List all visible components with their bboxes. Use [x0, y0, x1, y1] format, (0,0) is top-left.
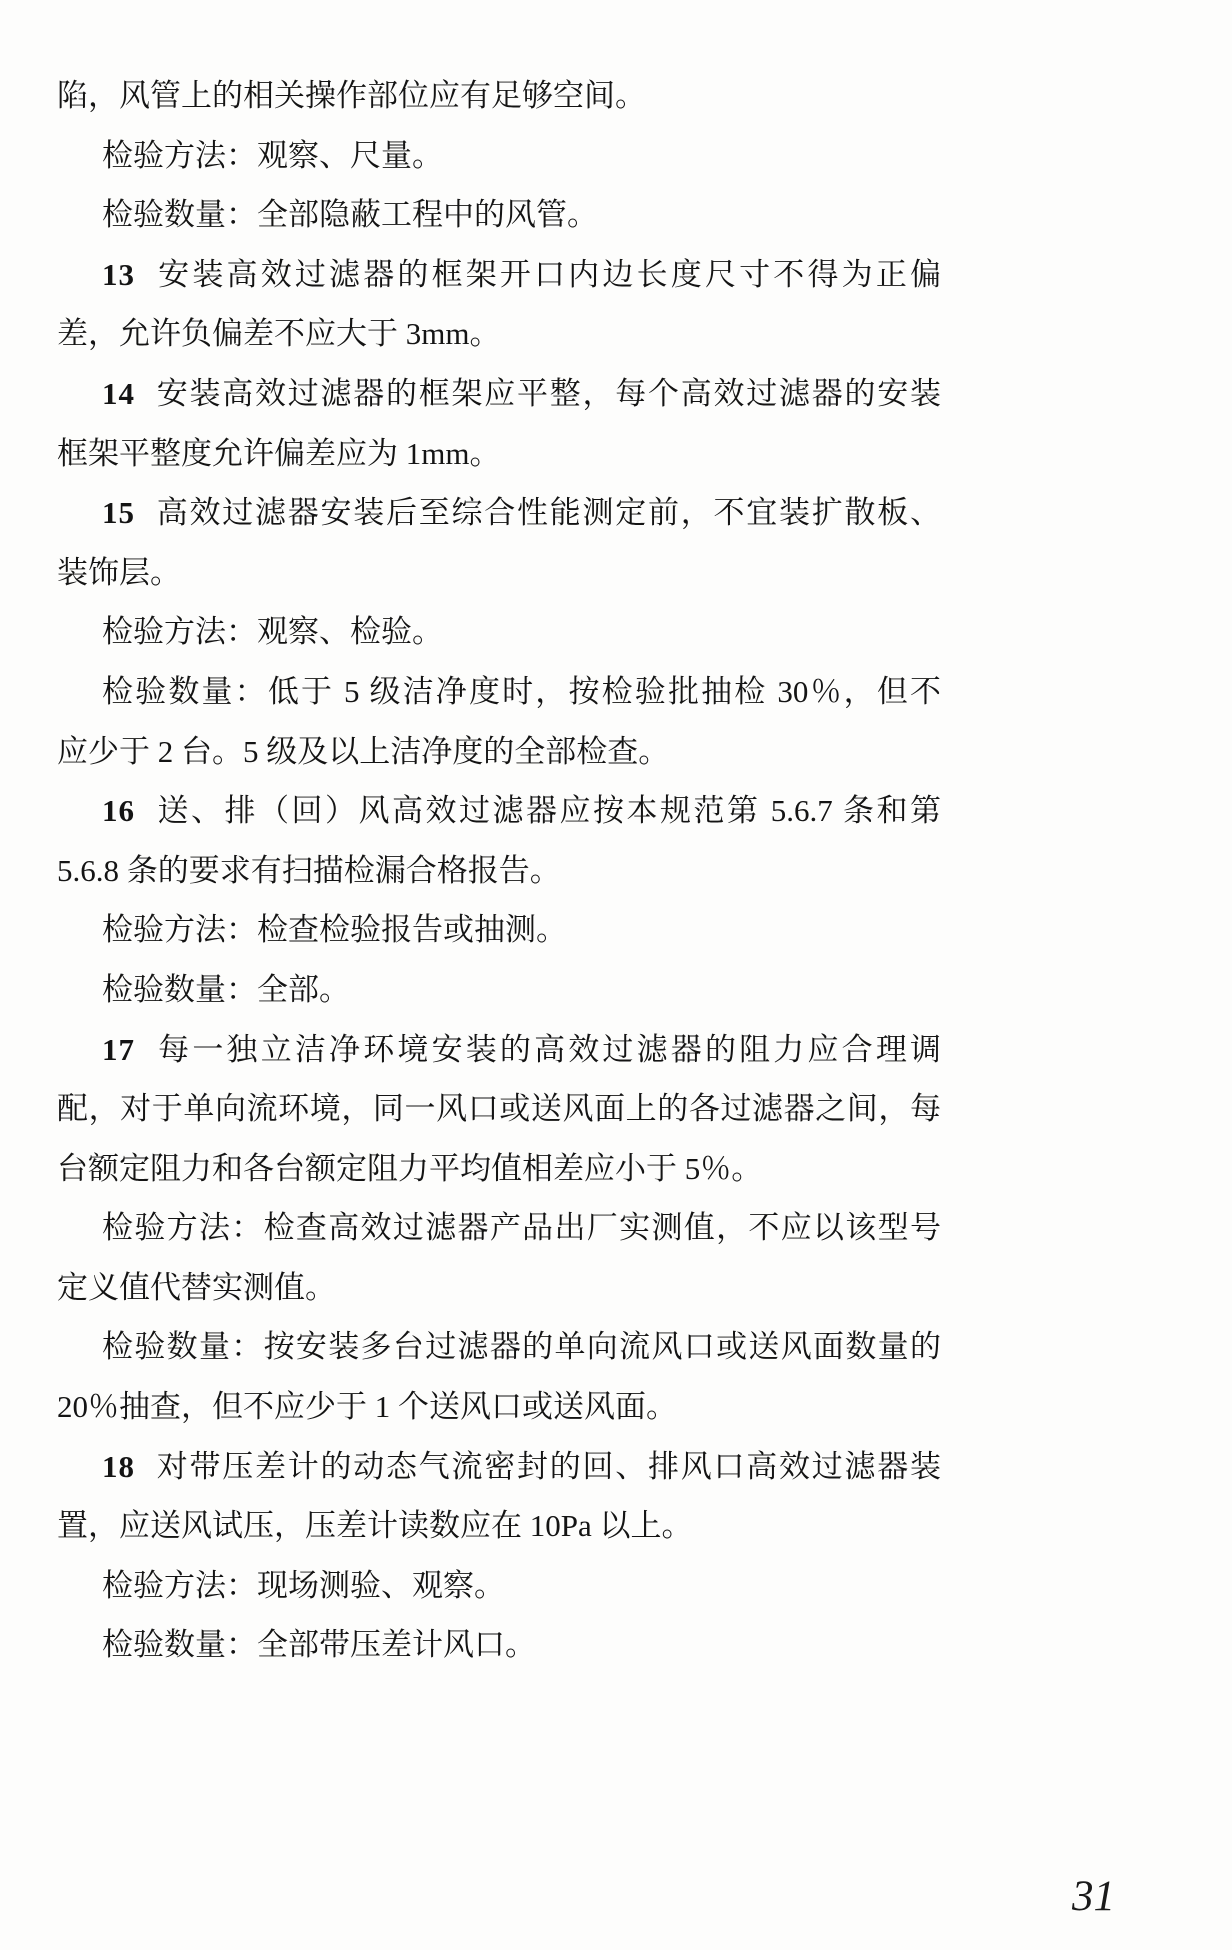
text-line: 检验数量：全部隐蔽工程中的风管。	[57, 185, 941, 245]
item-number: 16	[102, 793, 135, 828]
line-text: 差，允许负偏差不应大于 3mm。	[57, 316, 500, 351]
text-line: 框架平整度允许偏差应为 1mm。	[57, 424, 941, 484]
text-line: 17每一独立洁净环境安装的高效过滤器的阻力应合理调	[57, 1020, 941, 1080]
text-line: 检验方法：观察、检验。	[57, 602, 941, 662]
text-line: 陷，风管上的相关操作部位应有足够空间。	[57, 66, 941, 126]
line-text: 陷，风管上的相关操作部位应有足够空间。	[57, 78, 646, 113]
item-number: 18	[102, 1449, 135, 1484]
text-line: 14安装高效过滤器的框架应平整，每个高效过滤器的安装	[57, 364, 941, 424]
text-line: 检验方法：观察、尺量。	[57, 126, 941, 186]
text-line: 定义值代替实测值。	[57, 1258, 941, 1318]
line-text: 检验方法：现场测验、观察。	[102, 1568, 505, 1603]
line-text: 定义值代替实测值。	[57, 1270, 336, 1305]
line-text: 20％抽查，但不应少于 1 个送风口或送风面。	[57, 1389, 677, 1424]
item-number: 15	[102, 495, 135, 530]
text-line: 应少于 2 台。5 级及以上洁净度的全部检查。	[57, 722, 941, 782]
line-text: 检验数量：全部带压差计风口。	[102, 1627, 536, 1662]
line-text: 高效过滤器安装后至综合性能测定前，不宜装扩散板、	[155, 495, 941, 530]
line-text: 置，应送风试压，压差计读数应在 10Pa 以上。	[57, 1508, 693, 1543]
text-line: 配，对于单向流环境，同一风口或送风面上的各过滤器之间，每	[57, 1079, 941, 1139]
text-line: 装饰层。	[57, 543, 941, 603]
text-line: 检验数量：按安装多台过滤器的单向流风口或送风面数量的	[57, 1317, 941, 1377]
item-number: 13	[102, 257, 135, 292]
text-line: 16送、排（回）风高效过滤器应按本规范第 5.6.7 条和第	[57, 781, 941, 841]
text-line: 检验方法：检查检验报告或抽测。	[57, 900, 941, 960]
text-line: 5.6.8 条的要求有扫描检漏合格报告。	[57, 841, 941, 901]
line-text: 对带压差计的动态气流密封的回、排风口高效过滤器装	[155, 1449, 941, 1484]
line-text: 检验方法：检查高效过滤器产品出厂实测值，不应以该型号	[102, 1210, 941, 1245]
item-number: 17	[102, 1032, 135, 1067]
line-text: 5.6.8 条的要求有扫描检漏合格报告。	[57, 853, 561, 888]
line-text: 检验数量：全部隐蔽工程中的风管。	[102, 197, 598, 232]
line-text: 安装高效过滤器的框架开口内边长度尺寸不得为正偏	[155, 257, 941, 292]
page-number: 31	[1072, 1872, 1115, 1921]
line-text: 送、排（回）风高效过滤器应按本规范第 5.6.7 条和第	[155, 793, 941, 828]
line-text: 检验数量：全部。	[102, 972, 350, 1007]
text-line: 台额定阻力和各台额定阻力平均值相差应小于 5％。	[57, 1139, 941, 1199]
line-text: 安装高效过滤器的框架应平整，每个高效过滤器的安装	[155, 376, 941, 411]
text-line: 18对带压差计的动态气流密封的回、排风口高效过滤器装	[57, 1437, 941, 1497]
text-line: 差，允许负偏差不应大于 3mm。	[57, 304, 941, 364]
line-text: 检验方法：观察、尺量。	[102, 138, 443, 173]
line-text: 每一独立洁净环境安装的高效过滤器的阻力应合理调	[155, 1032, 941, 1067]
line-text: 检验数量：按安装多台过滤器的单向流风口或送风面数量的	[102, 1329, 941, 1364]
text-line: 置，应送风试压，压差计读数应在 10Pa 以上。	[57, 1496, 941, 1556]
line-text: 台额定阻力和各台额定阻力平均值相差应小于 5％。	[57, 1151, 762, 1186]
text-line: 检验方法：检查高效过滤器产品出厂实测值，不应以该型号	[57, 1198, 941, 1258]
text-line: 检验数量：全部。	[57, 960, 941, 1020]
line-text: 装饰层。	[57, 555, 181, 590]
line-text: 检验方法：观察、检验。	[102, 614, 443, 649]
text-line: 检验数量：低于 5 级洁净度时，按检验批抽检 30％，但不	[57, 662, 941, 722]
text-line: 检验数量：全部带压差计风口。	[57, 1615, 941, 1675]
text-line: 13安装高效过滤器的框架开口内边长度尺寸不得为正偏	[57, 245, 941, 305]
line-text: 检验数量：低于 5 级洁净度时，按检验批抽检 30％，但不	[102, 674, 941, 709]
line-text: 配，对于单向流环境，同一风口或送风面上的各过滤器之间，每	[57, 1091, 941, 1126]
line-text: 框架平整度允许偏差应为 1mm。	[57, 436, 500, 471]
item-number: 14	[102, 376, 135, 411]
line-text: 应少于 2 台。5 级及以上洁净度的全部检查。	[57, 734, 669, 769]
text-line: 20％抽查，但不应少于 1 个送风口或送风面。	[57, 1377, 941, 1437]
document-text-block: 陷，风管上的相关操作部位应有足够空间。检验方法：观察、尺量。检验数量：全部隐蔽工…	[57, 66, 941, 1675]
text-line: 15高效过滤器安装后至综合性能测定前，不宜装扩散板、	[57, 483, 941, 543]
text-line: 检验方法：现场测验、观察。	[57, 1556, 941, 1616]
line-text: 检验方法：检查检验报告或抽测。	[102, 912, 567, 947]
scanned-document-page: 陷，风管上的相关操作部位应有足够空间。检验方法：观察、尺量。检验数量：全部隐蔽工…	[0, 0, 1232, 1950]
